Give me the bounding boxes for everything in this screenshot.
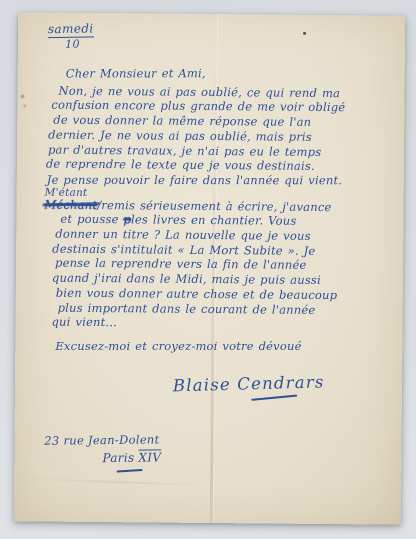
address-street: 23 rue Jean-Dolent — [44, 432, 161, 447]
fold-crease-horizontal — [22, 478, 222, 487]
correction-line: M'étant Méchant/remis sérieusement à écr… — [44, 197, 396, 215]
photo-background: samedi 10 Cher Monsieur et Ami, Non, je … — [0, 0, 416, 539]
date-day-word: samedi — [48, 21, 94, 38]
closing-line: Excusez-moi et croyez-moi votre dévoué — [55, 339, 395, 354]
struck-out-letter: p — [123, 213, 131, 227]
signature-block: Blaise Cendrars — [173, 372, 325, 401]
body-line: Je pense pouvoir le faire dans l'année q… — [47, 173, 397, 188]
letter-paper: samedi 10 Cher Monsieur et Ami, Non, je … — [14, 12, 405, 524]
date-day-number: 10 — [65, 37, 94, 50]
date-block: samedi 10 — [48, 21, 94, 51]
chantier-after: les livres en chantier. Vous — [131, 213, 297, 228]
body-line: qui vient... — [51, 315, 395, 333]
address-city: Paris — [102, 451, 134, 465]
address-district: XIV — [138, 450, 161, 464]
paper-stain — [20, 94, 24, 98]
struck-out-word: Méchant — [44, 197, 97, 211]
paper-stain — [23, 104, 26, 107]
signature: Blaise Cendrars — [173, 372, 325, 395]
correction-continuation: /remis sérieusement à écrire, j'avance — [97, 198, 331, 214]
body-line: de reprendre le texte que je vous destin… — [46, 157, 397, 175]
address-block: 23 rue Jean-Dolent Paris XIV — [44, 432, 161, 472]
address-underline-dash — [117, 469, 143, 473]
salutation: Cher Monsieur et Ami, — [66, 66, 398, 81]
letter-body: Cher Monsieur et Ami, Non, je ne vous ai… — [41, 65, 397, 356]
paper-speck — [303, 32, 306, 35]
inserted-word-above: M'étant — [45, 187, 88, 197]
signature-underline-flourish — [251, 394, 297, 400]
chantier-before: et pousse — [60, 212, 123, 227]
address-city-line: Paris XIV — [102, 450, 161, 465]
